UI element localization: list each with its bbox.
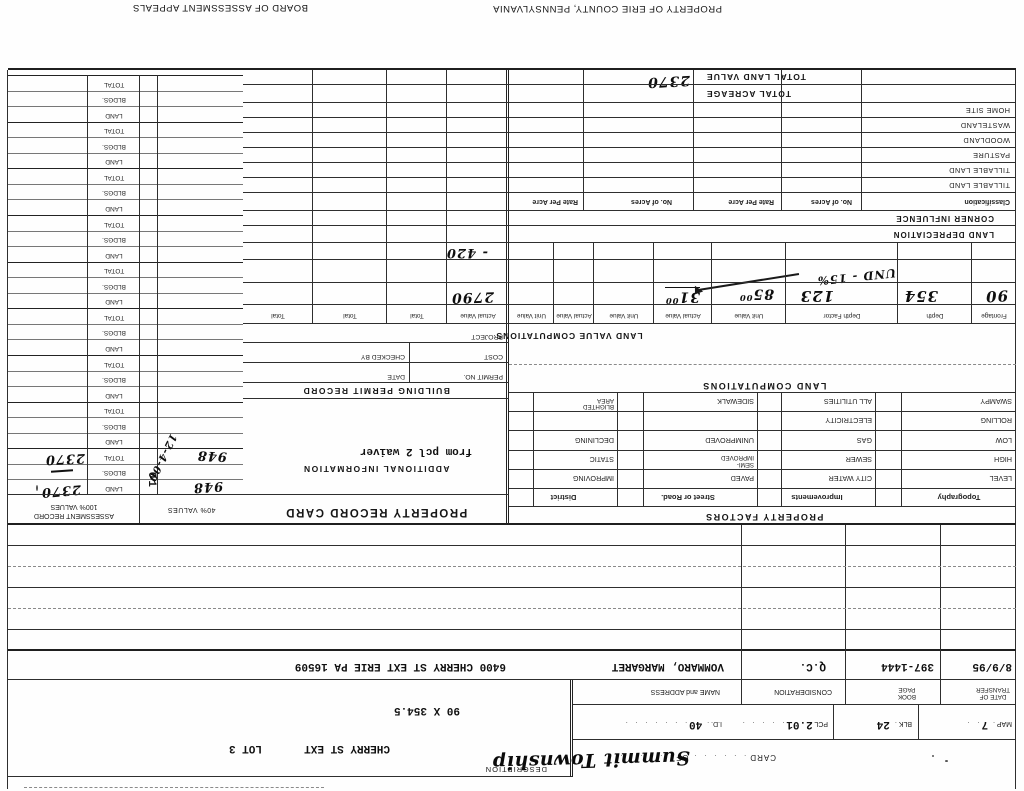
factors-cell-0-0: LEVEL	[990, 474, 1012, 483]
lvc-header-4: Actual Value	[654, 312, 712, 319]
rule-line	[243, 342, 509, 343]
leader-dots: .	[892, 720, 897, 727]
classification-header-0: Classification	[964, 198, 1010, 205]
assessment-row-label: TOTAL	[88, 454, 140, 461]
assessment-row: BLDGS.	[8, 277, 243, 293]
transfer-date: 8/9/95	[972, 660, 1012, 672]
rule-line	[243, 304, 1016, 305]
rule-line	[243, 162, 1016, 163]
rule-line	[643, 393, 644, 507]
assessment-row-label: BLDGS.	[88, 236, 140, 243]
assessment-group-6: LANDBLDGS.TOTAL	[8, 168, 243, 215]
rule-line	[617, 393, 618, 507]
assessment-row: TOTAL	[8, 402, 243, 418]
assessment-row: BLDGS.	[8, 371, 243, 387]
factors-column-3: District	[509, 493, 618, 502]
factors-cell-3-0: ROLLING	[980, 416, 1012, 425]
assessment-row-label: TOTAL	[88, 81, 140, 88]
assessment-row-label: LAND	[88, 485, 140, 492]
assessment-row: LAND	[8, 153, 243, 169]
rule-line	[7, 70, 8, 789]
rule-line	[8, 776, 573, 777]
blk-value: 24	[877, 718, 890, 730]
corner-influence-label: CORNER INFLUENCE	[895, 214, 994, 223]
checked-by-label: CHECKED BY	[361, 353, 405, 360]
assessment-row-label: LAND	[88, 345, 140, 352]
factors-column-1: Improvements	[758, 493, 876, 502]
rule-line	[833, 705, 834, 740]
additional-information-value: from pcl 2 waiver	[360, 445, 472, 457]
leader-dots: . . . . . . .	[623, 720, 687, 727]
assessment-group-1: LANDBLDGS.TOTAL	[8, 402, 243, 449]
rule-line	[243, 84, 1016, 85]
assessment-row-label: TOTAL	[88, 174, 140, 181]
factors-cell-0-2: PAVED	[731, 474, 754, 483]
assessment-row-label: LAND	[88, 438, 140, 445]
scan-speck	[36, 485, 38, 491]
rule-line	[8, 649, 1016, 651]
factors-cell-4-2: SIDEWALK	[717, 397, 754, 406]
assessment-row-label: BLDGS.	[88, 283, 140, 290]
hw-unit-value: 8500	[739, 285, 774, 303]
lvc-header-6: Actual Value	[554, 312, 594, 319]
assessment-row: BLDGS.	[8, 464, 243, 480]
scan-speck	[945, 760, 948, 762]
assessment-group-8: LANDBLDGS.TOTAL	[8, 75, 243, 122]
rule-line	[8, 545, 1016, 546]
assessment-row: BLDGS.	[8, 231, 243, 247]
hw-land-40: 948	[192, 478, 223, 495]
assessment-row-label: BLDGS.	[88, 329, 140, 336]
rule-line	[573, 739, 1016, 740]
property-factors-title: PROPERTY FACTORS	[614, 512, 914, 522]
assessment-row-label: BLDGS.	[88, 423, 140, 430]
assessment-group-3: LANDBLDGS.TOTAL	[8, 308, 243, 355]
rule-line	[8, 494, 509, 495]
assessment-group-7: LANDBLDGS.TOTAL	[8, 122, 243, 169]
pcl-cell: PCL 2.01 . . . . .	[740, 718, 828, 730]
factors-cell-0-1: CITY WATER	[829, 474, 872, 483]
hw-depth-factor: 123	[800, 287, 834, 305]
rule-line	[533, 393, 534, 507]
assessment-row: TOTAL	[8, 75, 243, 91]
classification-row-4: WASTELAND	[960, 121, 1010, 130]
rule-line	[243, 117, 1016, 118]
rule-line	[509, 411, 1016, 412]
assessment-row-label: LAND	[88, 158, 140, 165]
assessment-100-header: ASSESSMENT RECORD 100% VALUES	[8, 502, 140, 519]
rule-line	[573, 704, 1016, 705]
lvc-header-3: Unit Value	[712, 312, 786, 319]
transfer-consideration: Q.C.	[800, 660, 826, 672]
assessment-row-label: LAND	[88, 112, 140, 119]
assessment-row-label: LAND	[88, 298, 140, 305]
classification-row-5: HOME SITE	[965, 106, 1010, 115]
transfer-name: VOMMARO, MARGARET	[612, 660, 724, 672]
rule-line	[875, 393, 876, 507]
lvc-header-8: Actual Value	[447, 312, 509, 319]
footer-board: BOARD OF ASSESSMENT APPEALS	[133, 2, 308, 13]
assessment-group-2: LANDBLDGS.TOTAL	[8, 355, 243, 402]
rule-line	[693, 70, 694, 211]
hw-total-40: 948	[196, 447, 227, 464]
assessment-row-label: TOTAL	[88, 127, 140, 134]
lvc-header-7: Unit Value	[509, 312, 554, 319]
rule-line	[243, 147, 1016, 148]
rule-line	[243, 362, 509, 363]
assessment-groups: LANDBLDGS.TOTALLANDBLDGS.TOTALLANDBLDGS.…	[8, 75, 243, 495]
property-record-card-title: PROPERTY RECORD CARD	[243, 506, 509, 518]
col-consideration: CONSIDERATION	[774, 688, 832, 695]
rule-line	[8, 629, 1016, 630]
assessment-row: TOTAL	[8, 168, 243, 184]
factors-cell-2-1: GAS	[857, 436, 872, 445]
description-lot: LOT 3	[229, 742, 262, 754]
col-date-line1: DATE OF	[976, 693, 1010, 700]
permit-date-label: DATE	[387, 373, 405, 380]
id-value: 40	[689, 718, 702, 730]
assessment-100-header-line1: ASSESSMENT RECORD	[8, 511, 140, 520]
transfer-book-page: 397-1444	[881, 660, 934, 672]
rule-line	[570, 680, 573, 777]
assessment-row: LAND	[8, 339, 243, 355]
factors-cell-2-0: LOW	[996, 436, 1012, 445]
assessment-row-label: BLDGS.	[88, 143, 140, 150]
col-book-line2: PAGE	[898, 686, 916, 693]
classification-header-4: Rate Per Acre	[532, 198, 578, 205]
assessment-row-label: BLDGS.	[88, 376, 140, 383]
rule-line	[24, 787, 324, 788]
col-date-line2: TRANSFER	[976, 686, 1010, 693]
rule-line	[509, 488, 1016, 489]
rule-line	[940, 525, 941, 705]
rule-line	[509, 469, 1016, 470]
land-computations-title: LAND COMPUTATIONS	[634, 381, 894, 391]
factors-cell-1-3: STATIC	[590, 455, 615, 464]
rule-line	[243, 210, 1016, 211]
blk-label: BLK	[899, 720, 912, 727]
assessment-row: TOTAL	[8, 308, 243, 324]
map-label: MAP	[997, 720, 1012, 727]
rule-line	[506, 70, 509, 525]
hw-depreciation-note: UND - 15%	[816, 266, 896, 288]
land-depreciation-label: LAND DEPRECIATION	[893, 230, 994, 239]
assessment-row: BLDGS.	[8, 324, 243, 340]
scanned-document-viewport: CARD . . . . . . OF . . . . . . Summit T…	[0, 0, 1024, 791]
rule-line	[312, 70, 313, 324]
rule-line	[781, 70, 782, 211]
assessment-record-column: 40% VALUES ASSESSMENT RECORD 100% VALUES…	[8, 75, 243, 525]
assessment-row: LAND	[8, 433, 243, 449]
id-cell: I.D. . 40 . . . . . . .	[623, 718, 722, 730]
hw-land-100: 2370	[40, 481, 81, 499]
rule-line	[243, 242, 1016, 243]
hw-total-land-value: 2370	[647, 72, 691, 90]
classification-row-0: TILLABLE LAND	[949, 181, 1010, 190]
footer-property-of: PROPERTY OF ERIE COUNTY, PENNSYLVANIA	[493, 3, 722, 14]
lvc-header-10: Total	[313, 312, 387, 319]
rule-line	[243, 382, 509, 383]
description-street: CHERRY ST EXT	[304, 742, 390, 754]
hw-unit-value-main: 85	[753, 285, 774, 301]
rule-line	[386, 70, 387, 324]
rule-line	[8, 608, 1016, 609]
assessment-row: BLDGS.	[8, 91, 243, 107]
assessment-row: BLDGS.	[8, 184, 243, 200]
classification-row-1: TILLABLE LAND	[949, 166, 1010, 175]
assessment-row-label: LAND	[88, 392, 140, 399]
assessment-row: LAND	[8, 106, 243, 122]
leader-dots: .	[990, 720, 995, 727]
hw-unit-value-sup: 00	[739, 293, 753, 303]
assessment-row: BLDGS.	[8, 137, 243, 153]
hw-total-100: 2370	[44, 450, 85, 467]
rule-line	[243, 259, 1016, 260]
factors-cell-2-3: DECLINING	[575, 436, 614, 445]
rule-line	[409, 343, 410, 383]
rule-line	[509, 392, 1016, 393]
assessment-row: LAND	[8, 293, 243, 309]
rule-line	[243, 225, 1016, 226]
land-value-computations-title: LAND VALUE COMPUTATIONS	[449, 331, 689, 341]
col-date-of-transfer: DATE OF TRANSFER	[976, 686, 1010, 699]
col-name-address: NAME and ADDRESS	[651, 688, 720, 695]
card-label: CARD	[749, 753, 776, 762]
rule-line	[741, 525, 742, 705]
leader-dots: . . . . .	[740, 720, 785, 727]
map-cell: MAP . 7 . .	[965, 718, 1012, 730]
rule-line	[243, 132, 1016, 133]
assessment-row-label: BLDGS.	[88, 96, 140, 103]
rule-line	[243, 192, 1016, 193]
assessment-row-label: TOTAL	[88, 221, 140, 228]
rule-line	[757, 393, 758, 507]
factors-cell-0-3: IMPROVING	[573, 474, 614, 483]
leader-dots: . . . . . .	[692, 753, 746, 760]
classification-header-2: Rate Per Acre	[728, 198, 774, 205]
assessment-row: TOTAL	[8, 355, 243, 371]
assessment-row-label: TOTAL	[88, 407, 140, 414]
rule-line	[243, 177, 1016, 178]
hw-frontage: 90	[985, 286, 1009, 305]
assessment-row: TOTAL	[8, 122, 243, 138]
factors-cell-3-1: ELECTRICITY	[825, 416, 872, 425]
classification-row-3: WOODLAND	[963, 136, 1010, 145]
rule-line	[509, 506, 1016, 507]
assessment-40-header: 40% VALUES	[140, 506, 243, 513]
factors-column-2: Street or Road.	[618, 493, 758, 502]
rule-line	[243, 323, 1016, 324]
rule-line	[8, 679, 1016, 680]
factors-cell-1-1: SEWER	[846, 455, 872, 464]
blk-cell: BLK . 24	[877, 718, 912, 730]
rule-line	[243, 282, 1016, 283]
assessment-group-5: LANDBLDGS.TOTAL	[8, 215, 243, 262]
factors-cell-4-3: BLIGHTEDAREA	[583, 396, 614, 409]
rule-line	[446, 70, 447, 324]
pcl-label: PCL	[815, 720, 828, 727]
hw-depreciation-amount: - 420	[446, 245, 488, 260]
col-book-line1: BOOK	[898, 693, 916, 700]
assessment-row-label: TOTAL	[88, 361, 140, 368]
factors-cell-1-2: SEMI-IMPROVED	[721, 454, 754, 467]
lvc-header-5: Unit Value	[594, 312, 654, 319]
lvc-header-1: Depth	[898, 312, 972, 319]
assessment-row-label: BLDGS.	[88, 189, 140, 196]
rule-line	[583, 70, 584, 211]
property-record-card-upside-down: CARD . . . . . . OF . . . . . . Summit T…	[0, 0, 1024, 791]
leader-dots: . .	[965, 720, 980, 727]
additional-information-label: ADDITIONAL INFORMATION	[243, 464, 509, 474]
description-label: DESCRIPTION	[485, 765, 547, 774]
rule-line	[861, 70, 862, 211]
assessment-row: LAND	[8, 246, 243, 262]
map-value: 7	[981, 718, 988, 730]
classification-row-2: PASTURE	[973, 151, 1010, 160]
assessment-row: LAND	[8, 199, 243, 215]
assessment-row-label: TOTAL	[88, 314, 140, 321]
rule-line	[8, 587, 1016, 588]
building-permit-record-title: BUILDING PERMIT RECORD	[243, 386, 509, 396]
rule-line	[8, 68, 1016, 70]
rule-line	[243, 102, 1016, 103]
factors-cell-1-0: HIGH	[994, 455, 1012, 464]
lvc-header-2: Depth Factor	[786, 312, 898, 319]
description-dimensions: 90 X 354.5	[394, 704, 460, 716]
pcl-value: 2.01	[786, 718, 812, 730]
rule-line	[509, 430, 1016, 431]
factors-cell-4-0: SWAMPY	[980, 397, 1012, 406]
assessment-group-4: LANDBLDGS.TOTAL	[8, 262, 243, 309]
rule-line	[509, 450, 1016, 451]
transfer-address: 6400 CHERRY ST EXT ERIE PA 16509	[295, 660, 506, 672]
assessment-row-label: TOTAL	[88, 267, 140, 274]
assessment-row: LAND	[8, 386, 243, 402]
hw-depth: 354	[904, 287, 938, 305]
factors-cell-2-2: UNIMPROVED	[705, 436, 754, 445]
factors-cell-4-1: ALL UTILITIES	[824, 397, 872, 406]
rule-line	[8, 566, 1016, 567]
permit-no-label: PERMIT NO.	[463, 373, 503, 380]
assessment-row: TOTAL	[8, 215, 243, 231]
cost-label: COST	[484, 353, 503, 360]
assessment-row: TOTAL	[8, 262, 243, 278]
classification-header-3: No. of Acres	[631, 198, 672, 205]
assessment-row: BLDGS.	[8, 417, 243, 433]
assessment-row-label: BLDGS.	[88, 469, 140, 476]
lvc-header-9: Total	[387, 312, 447, 319]
assessment-row-label: LAND	[88, 252, 140, 259]
assessment-100-header-line2: 100% VALUES	[8, 502, 140, 511]
rule-line	[781, 393, 782, 507]
rule-line	[901, 393, 902, 507]
rule-line	[918, 705, 919, 740]
rule-line	[845, 525, 846, 705]
rule-line	[243, 398, 509, 399]
leader-dots: .	[704, 720, 709, 727]
rule-line	[8, 523, 1016, 525]
assessment-row-label: LAND	[88, 205, 140, 212]
col-book-page: BOOK PAGE	[898, 686, 916, 699]
id-label: I.D.	[711, 720, 722, 727]
rule-line	[509, 364, 1016, 365]
lvc-header-0: Frontage	[972, 312, 1016, 319]
lvc-header-11: Total	[243, 312, 313, 319]
factors-column-0: Topography	[902, 493, 1016, 502]
classification-header-1: No. of Acres	[811, 198, 852, 205]
scan-speck	[932, 755, 934, 757]
